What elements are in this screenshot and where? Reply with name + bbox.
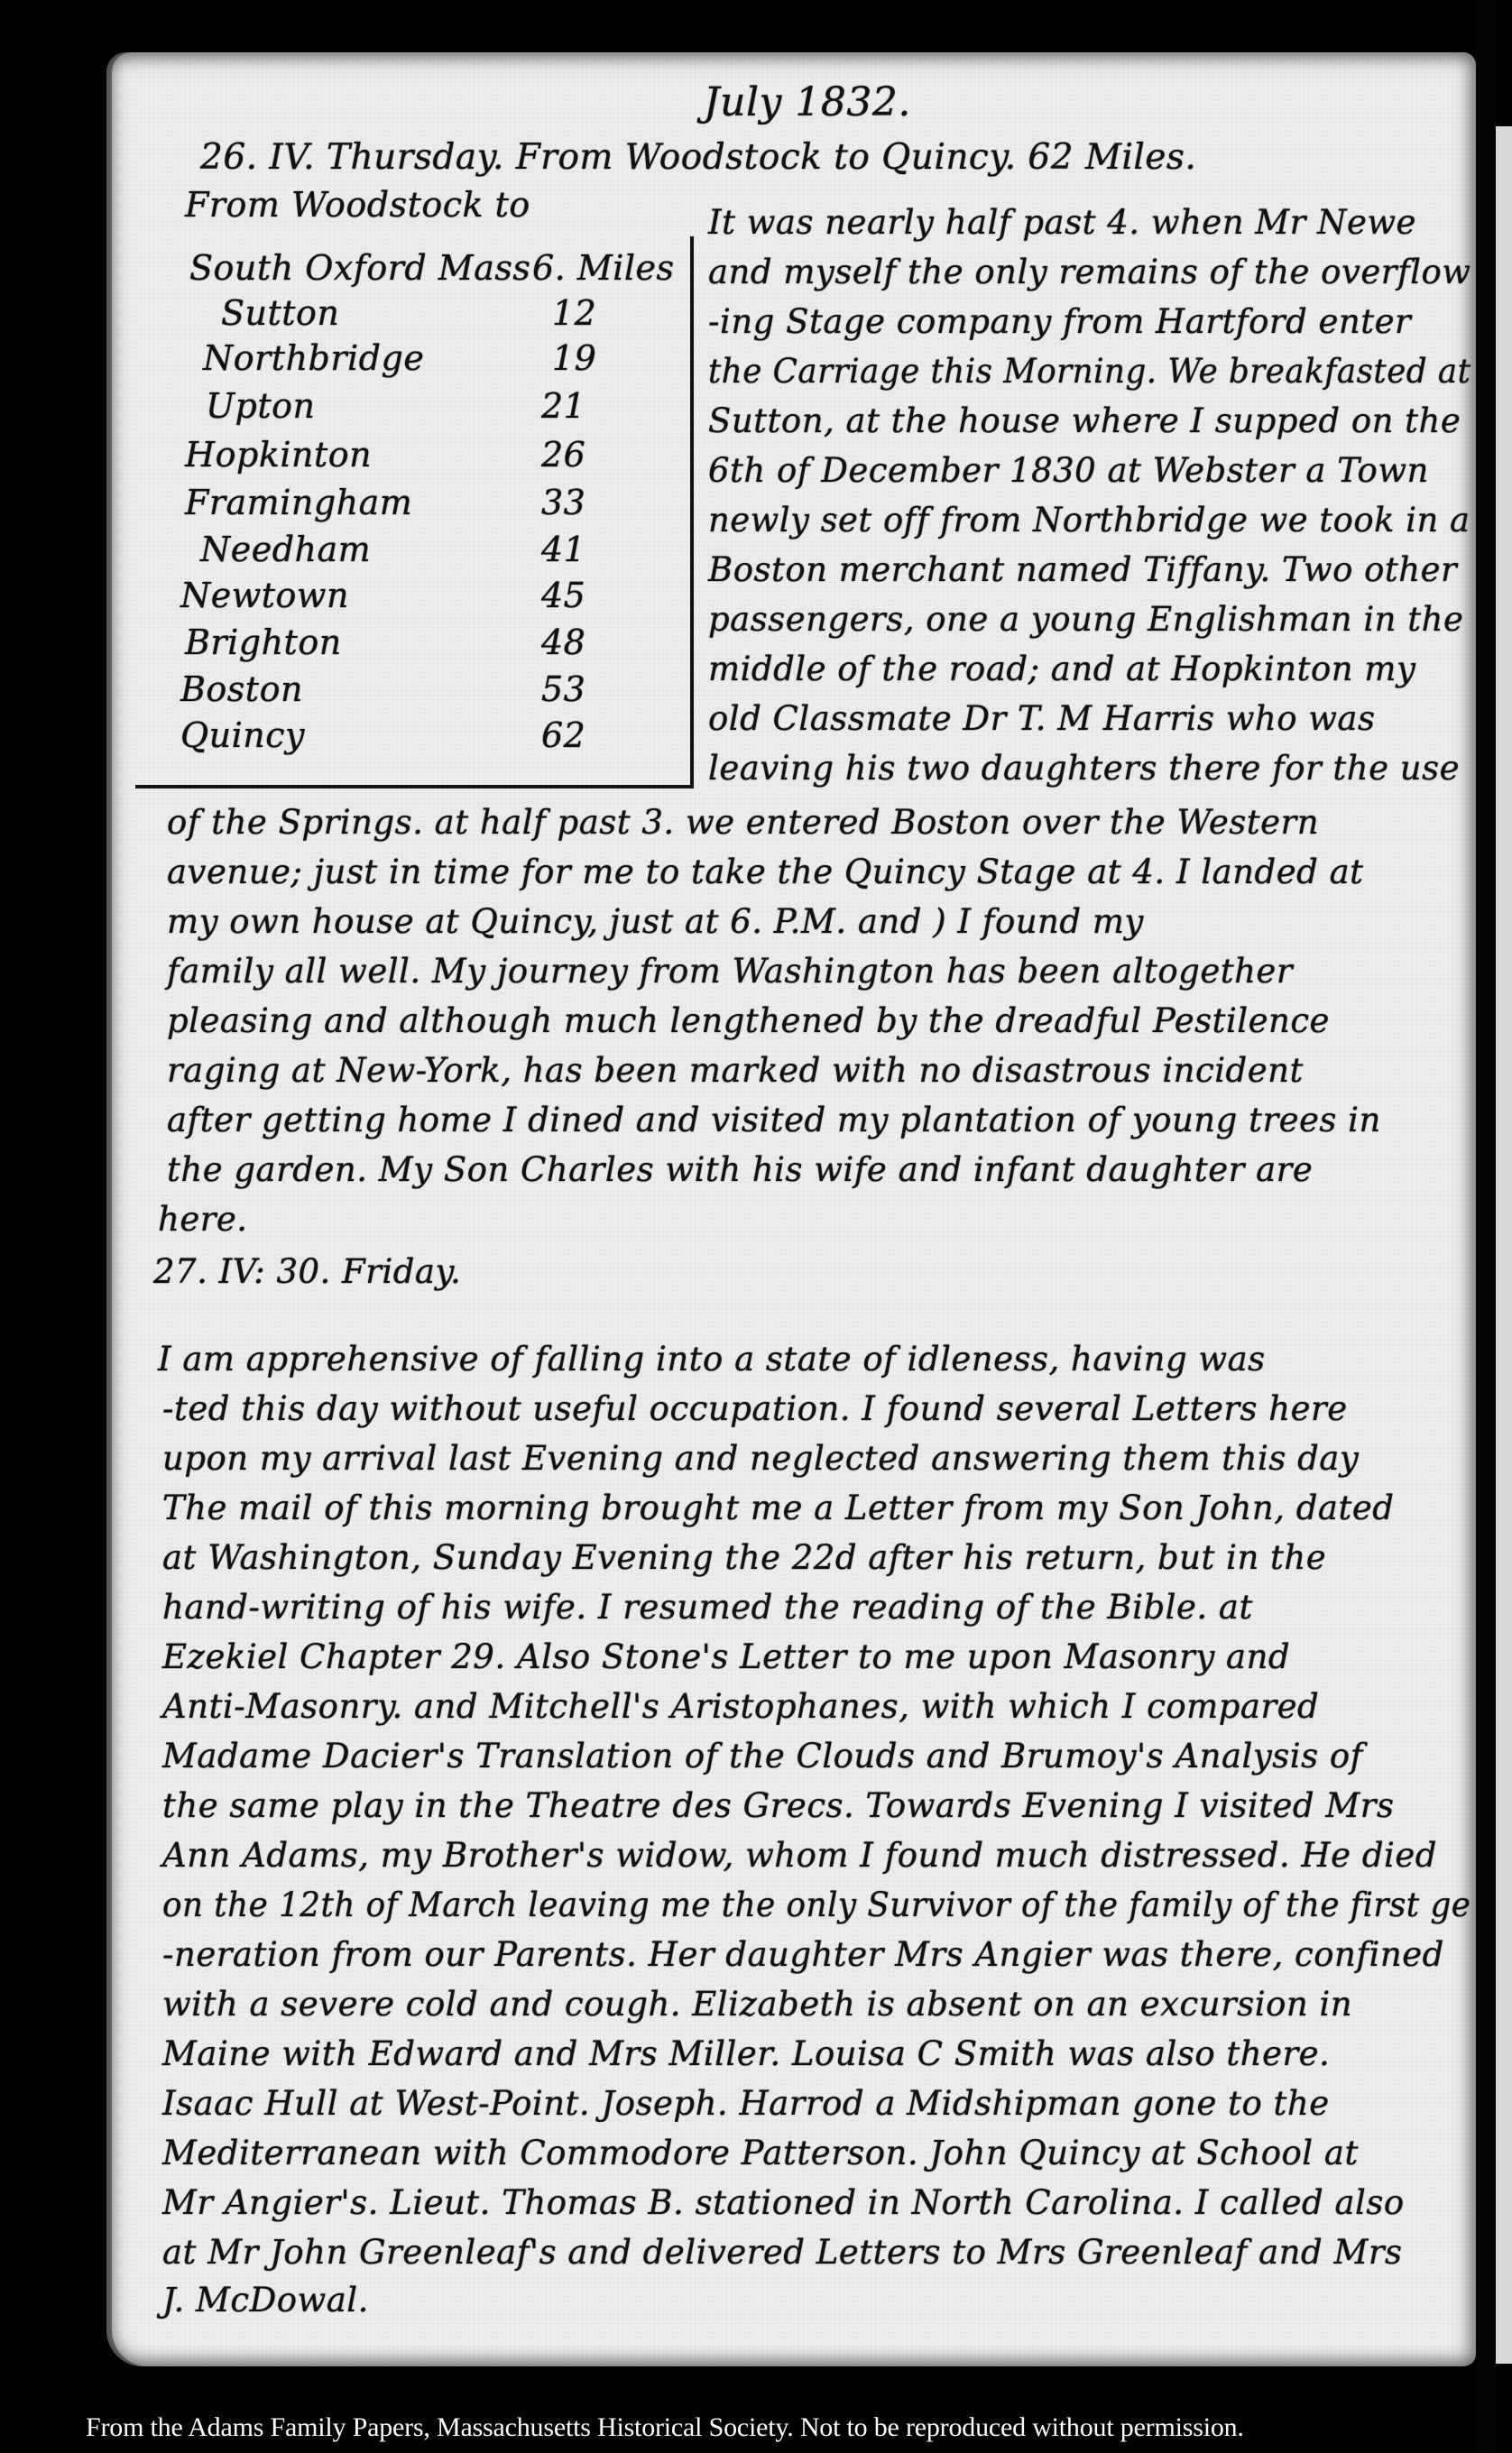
itinerary-miles: 45: [541, 576, 585, 615]
text-line: Anti-Masonry. and Mitchell's Aristophane…: [162, 1687, 1319, 1726]
itinerary-miles: 62: [541, 715, 585, 755]
text-line: raging at New-York, has been marked with…: [167, 1051, 1304, 1090]
text-line: pleasing and although much lengthened by…: [167, 1001, 1330, 1040]
text-line: J. McDowal.: [162, 2281, 369, 2319]
itinerary-miles: 33: [541, 483, 585, 522]
text-line: middle of the road; and at Hopkinton my: [708, 650, 1415, 688]
text-line: with a severe cold and cough. Elizabeth …: [162, 1985, 1352, 2024]
text-line: Madame Dacier's Translation of the Cloud…: [162, 1737, 1363, 1775]
itinerary-place: Northbridge: [203, 338, 424, 378]
text-line: Isaac Hull at West-Point. Joseph. Harrod…: [162, 2084, 1330, 2123]
text-line: The mail of this morning brought me a Le…: [162, 1489, 1394, 1527]
text-line: at Mr John Greenleaf's and delivered Let…: [162, 2233, 1403, 2272]
text-line: the Carriage this Morning. We breakfaste…: [708, 352, 1471, 391]
text-line: 6th of December 1830 at Webster a Town: [708, 451, 1429, 490]
text-line: on the 12th of March leaving me the only…: [162, 1886, 1471, 1924]
text-line: upon my arrival last Evening and neglect…: [162, 1439, 1359, 1478]
itinerary-miles: 12: [552, 293, 596, 333]
itinerary-miles: 41: [541, 530, 585, 569]
text-line: at Washington, Sunday Evening the 22d af…: [162, 1538, 1326, 1577]
text-line: hand-writing of his wife. I resumed the …: [162, 1588, 1253, 1627]
text-line: Sutton, at the house where I supped on t…: [708, 401, 1461, 440]
text-line: Boston merchant named Tiffany. Two other: [708, 550, 1457, 589]
text-line: Maine with Edward and Mrs Miller. Louisa…: [162, 2034, 1330, 2073]
itinerary-place: Quincy: [180, 715, 305, 755]
entry-heading-26: 26. IV. Thursday. From Woodstock to Quin…: [200, 137, 1196, 178]
page-title: July 1832.: [704, 79, 911, 125]
entry-heading-27: 27. IV: 30. Friday.: [153, 1252, 461, 1291]
itinerary-miles: 6. Miles: [532, 248, 675, 288]
text-line: It was nearly half past 4. when Mr Newe: [708, 203, 1416, 242]
itinerary-place: Boston: [180, 669, 303, 709]
text-line: Ezekiel Chapter 29. Also Stone's Letter …: [162, 1637, 1290, 1676]
itinerary-header: From Woodstock to: [185, 185, 530, 225]
text-line: Mr Angier's. Lieut. Thomas B. stationed …: [162, 2183, 1405, 2222]
itinerary-place: Hopkinton: [185, 435, 372, 475]
text-line: passengers, one a young Englishman in th…: [708, 600, 1463, 639]
text-line: Ann Adams, my Brother's widow, whom I fo…: [162, 1836, 1437, 1875]
itinerary-miles: 48: [541, 622, 585, 662]
itinerary-box-right-border: [690, 236, 694, 788]
itinerary-place: Upton: [206, 386, 315, 426]
itinerary-place: Newtown: [180, 576, 349, 615]
text-line: -ted this day without useful occupation.…: [162, 1389, 1348, 1428]
itinerary-miles: 19: [552, 338, 596, 378]
page-gutter: [1476, 0, 1496, 2453]
adjacent-page-edge: [1496, 126, 1512, 2364]
text-line: and myself the only remains of the overf…: [708, 253, 1471, 291]
text-line: I am apprehensive of falling into a stat…: [158, 1340, 1266, 1379]
text-line: the same play in the Theatre des Grecs. …: [162, 1786, 1394, 1825]
text-line: -ing Stage company from Hartford enter: [708, 302, 1411, 341]
text-line: leaving his two daughters there for the …: [708, 749, 1460, 788]
text-line: after getting home I dined and visited m…: [167, 1101, 1381, 1139]
text-line: the garden. My Son Charles with his wife…: [167, 1150, 1313, 1189]
text-line: avenue; just in time for me to take the …: [167, 853, 1364, 891]
copyright-caption: From the Adams Family Papers, Massachuse…: [86, 2412, 1244, 2443]
itinerary-place: Needham: [200, 530, 371, 569]
itinerary-miles: 26: [541, 435, 585, 475]
text-line: newly set off from Northbridge we took i…: [708, 501, 1471, 539]
itinerary-miles: 53: [541, 669, 585, 709]
text-line: family all well. My journey from Washing…: [167, 952, 1293, 991]
text-line: of the Springs. at half past 3. we enter…: [167, 803, 1319, 842]
itinerary-place: Framingham: [185, 483, 412, 522]
itinerary-place: Sutton: [221, 293, 339, 333]
text-line: old Classmate Dr T. M Harris who was: [708, 699, 1375, 738]
text-line: here.: [158, 1200, 248, 1239]
itinerary-place: Brighton: [185, 622, 342, 662]
itinerary-box-bottom-border: [135, 785, 694, 788]
text-line: Mediterranean with Commodore Patterson. …: [162, 2134, 1359, 2172]
itinerary-place: South Oxford Mass: [189, 248, 530, 288]
itinerary-miles: 21: [541, 386, 585, 426]
text-line: -neration from our Parents. Her daughter…: [162, 1935, 1444, 1974]
text-line: my own house at Quincy, just at 6. P.M. …: [167, 902, 1144, 941]
